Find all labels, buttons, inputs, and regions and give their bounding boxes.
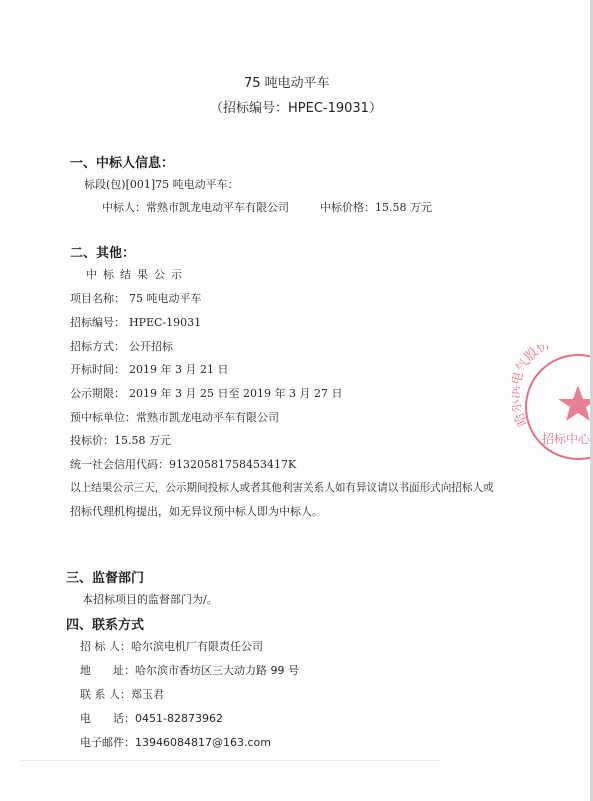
winner-label: 中标人： [102,201,146,214]
field-label: 招标编号： [70,316,125,329]
field-label: 项目名称： [70,292,125,305]
contact-value: 郑玉君 [131,688,164,701]
field-value: 15.58 万元 [114,434,171,447]
price-label: 中标价格： [320,201,375,214]
winner-value: 常熟市凯龙电动平车有限公司 [146,201,289,214]
contact-label: 地 址： [80,664,135,677]
supervision-text: 本招标项目的监督部门为/。 [82,591,218,607]
contact-value: 哈尔滨电机厂有限责任公司 [131,640,263,653]
field-value: 91320581758453417K [169,458,296,471]
field-tender-method: 招标方式：公开招标 [70,338,173,354]
contact-label: 电 话： [80,712,135,725]
field-value: 2019 年 3 月 21 日 [129,363,228,376]
document-title: 75 吨电动平车 [244,72,330,91]
field-label: 开标时间： [70,363,125,376]
price-value: 15.58 万元 [375,201,432,214]
contact-person: 联 系 人：郑玉君 [80,686,164,702]
section4-heading: 四、联系方式 [66,614,144,633]
field-value: 2019 年 3 月 25 日至 2019 年 3 月 27 日 [129,387,342,400]
contact-label: 联 系 人： [80,688,131,701]
seal-bottom-text: 招标中心 [542,431,591,446]
field-bid-price: 投标价：15.58 万元 [70,432,171,448]
contact-value: 0451-82873962 [135,712,223,725]
field-project-name: 项目名称：75 吨电动平车 [70,290,202,306]
field-opening-time: 开标时间：2019 年 3 月 21 日 [70,361,228,377]
notice-title: 中标结果公示 [86,266,188,282]
price-row: 中标价格：15.58 万元 [320,199,432,215]
statement-line-1: 以上结果公示三天，公示期间投标人或者其他利害关系人如有异议请以书面形式向招标人或 [70,480,494,495]
field-prewinner: 预中标单位：常熟市凯龙电动平车有限公司 [70,409,279,425]
contact-label: 招 标 人： [80,640,131,653]
contact-tenderer: 招 标 人：哈尔滨电机厂有限责任公司 [80,638,263,654]
field-label: 招标方式： [70,340,125,353]
star-icon [558,385,593,421]
field-label: 统一社会信用代码： [70,458,169,471]
field-value: HPEC-19031 [129,316,201,329]
contact-value: 哈尔滨市香坊区三大动力路 99 号 [135,664,299,677]
seal-arc-text: 哈尔滨电气股份 [512,345,552,428]
section3-heading: 三、监督部门 [66,567,144,586]
field-notice-period: 公示期限：2019 年 3 月 25 日至 2019 年 3 月 27 日 [70,385,342,401]
contact-value[interactable]: 13946084817@163.com [135,736,271,749]
contact-phone: 电 话：0451-82873962 [80,710,223,726]
section2-heading: 二、其他： [70,242,135,261]
field-label: 投标价： [70,434,114,447]
contact-address: 地 址：哈尔滨市香坊区三大动力路 99 号 [80,662,299,678]
field-tender-no: 招标编号：HPEC-19031 [70,314,201,330]
section1-heading: 一、中标人信息： [70,152,174,171]
scan-artifact-line [20,760,440,761]
statement-line-2: 招标代理机构提出，如无异议预中标人即为中标人。 [70,503,323,519]
document-subtitle: （招标编号：HPEC-19031） [210,97,382,116]
svg-text:哈尔滨电气股份: 哈尔滨电气股份 [512,345,552,428]
field-label: 公示期限： [70,387,125,400]
contact-email: 电子邮件：13946084817@163.com [80,734,271,750]
field-credit-code: 统一社会信用代码：91320581758453417K [70,456,296,472]
document-page: 75 吨电动平车 （招标编号：HPEC-19031） 一、中标人信息： 标段(包… [0,0,593,801]
field-value: 常熟市凯龙电动平车有限公司 [136,411,279,424]
contact-label: 电子邮件： [80,736,135,749]
lot-text: 标段(包)[001]75 吨电动平车： [84,176,239,192]
field-label: 预中标单位： [70,411,136,424]
field-value: 75 吨电动平车 [129,292,202,305]
winner-row: 中标人：常熟市凯龙电动平车有限公司 [102,199,289,215]
seal-icon: 哈尔滨电气股份 招标中心 [512,345,593,465]
company-seal-stamp: 哈尔滨电气股份 招标中心 [512,345,593,465]
field-value: 公开招标 [129,340,173,353]
